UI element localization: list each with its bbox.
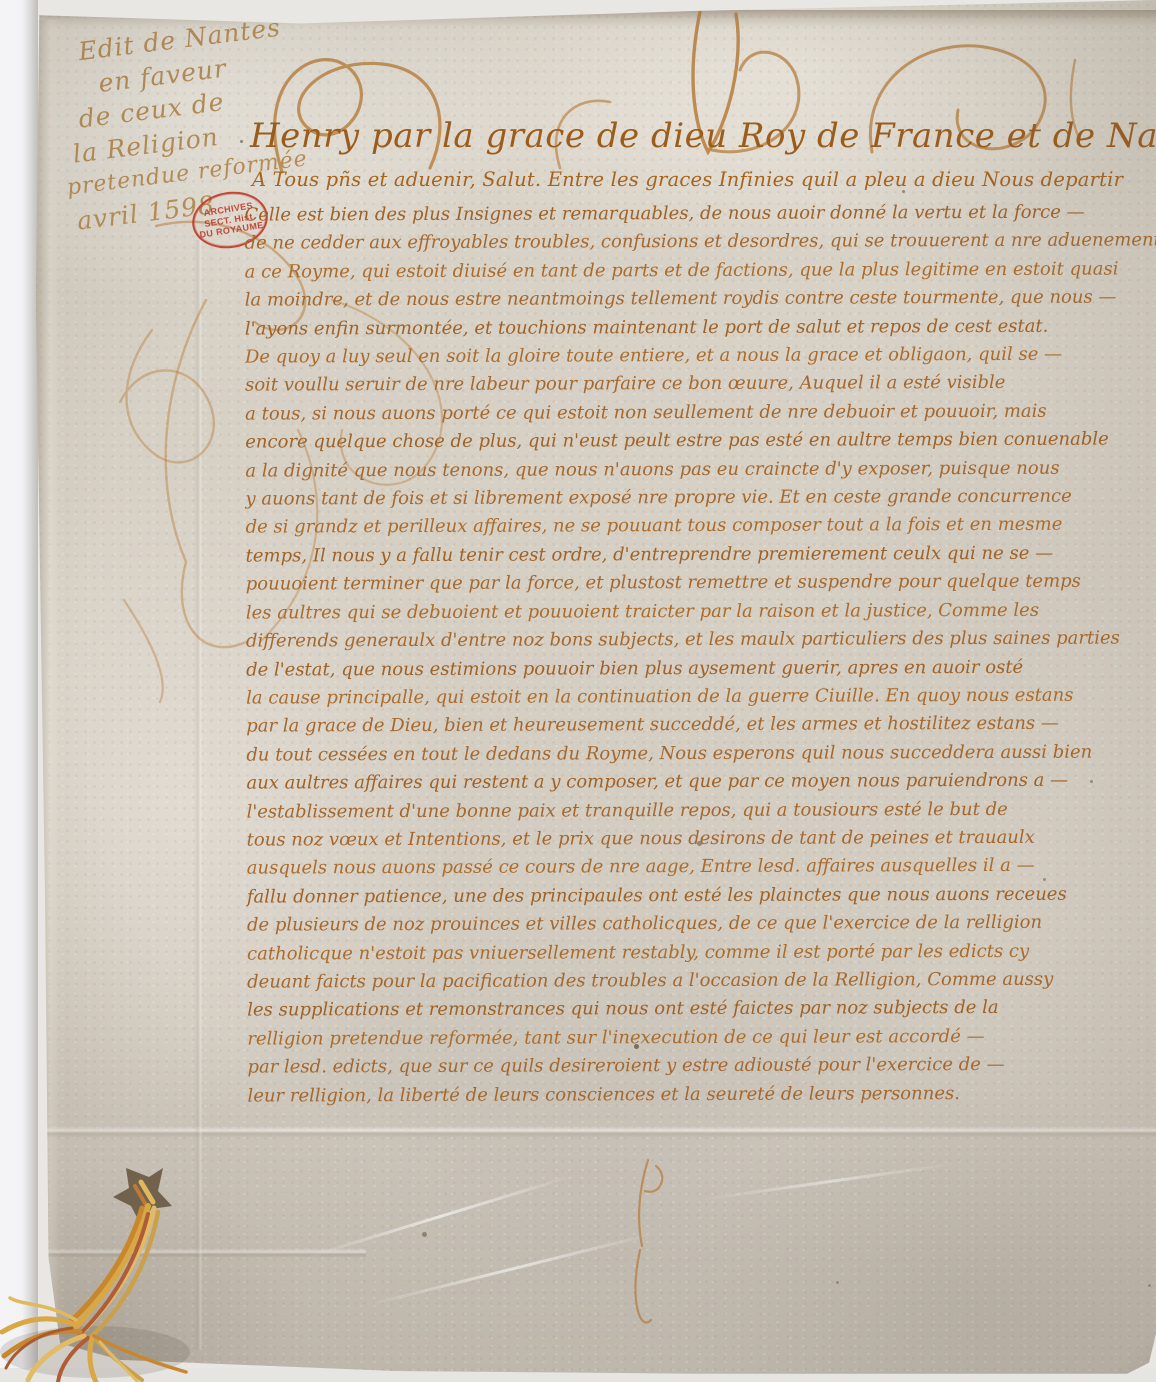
- manuscript-photo: Edit de Nantes en faveur de ceux de la R…: [0, 0, 1156, 1382]
- seal-ribbon: [0, 0, 1156, 1382]
